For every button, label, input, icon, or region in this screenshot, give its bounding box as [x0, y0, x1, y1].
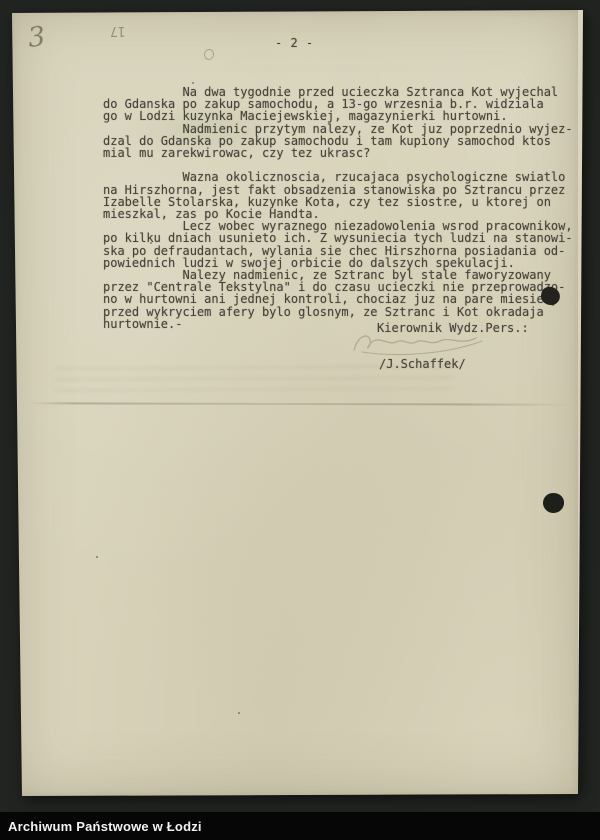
paper-speck: [150, 242, 152, 244]
paper-shadow: 3 17 - 2 - Na dwa tygodnie przed ucieczk…: [0, 0, 600, 840]
paper-speck: [192, 82, 194, 84]
paper-speck: [96, 556, 98, 558]
archive-name: Archiwum Państwowe w Łodzi: [0, 819, 202, 834]
bleedthrough-smudge: [55, 365, 455, 399]
handwritten-page-mark: 3: [26, 21, 47, 54]
bleedthrough-number: 17: [110, 23, 126, 38]
stray-mark: [203, 48, 215, 61]
document-page: 3 17 - 2 - Na dwa tygodnie przed ucieczk…: [0, 0, 600, 840]
page-number: - 2 -: [275, 36, 314, 50]
punch-hole: [542, 492, 566, 515]
scanned-document: 3 17 - 2 - Na dwa tygodnie przed ucieczk…: [0, 0, 600, 840]
archive-watermark-bar: Archiwum Państwowe w Łodzi: [0, 812, 600, 840]
typewritten-text: Na dwa tygodnie przed ucieczka Sztranca …: [103, 86, 573, 330]
fold-crease: [30, 402, 570, 405]
paper-speck: [238, 712, 240, 714]
paper-speck: [447, 204, 449, 206]
handwritten-signature: [346, 330, 496, 358]
